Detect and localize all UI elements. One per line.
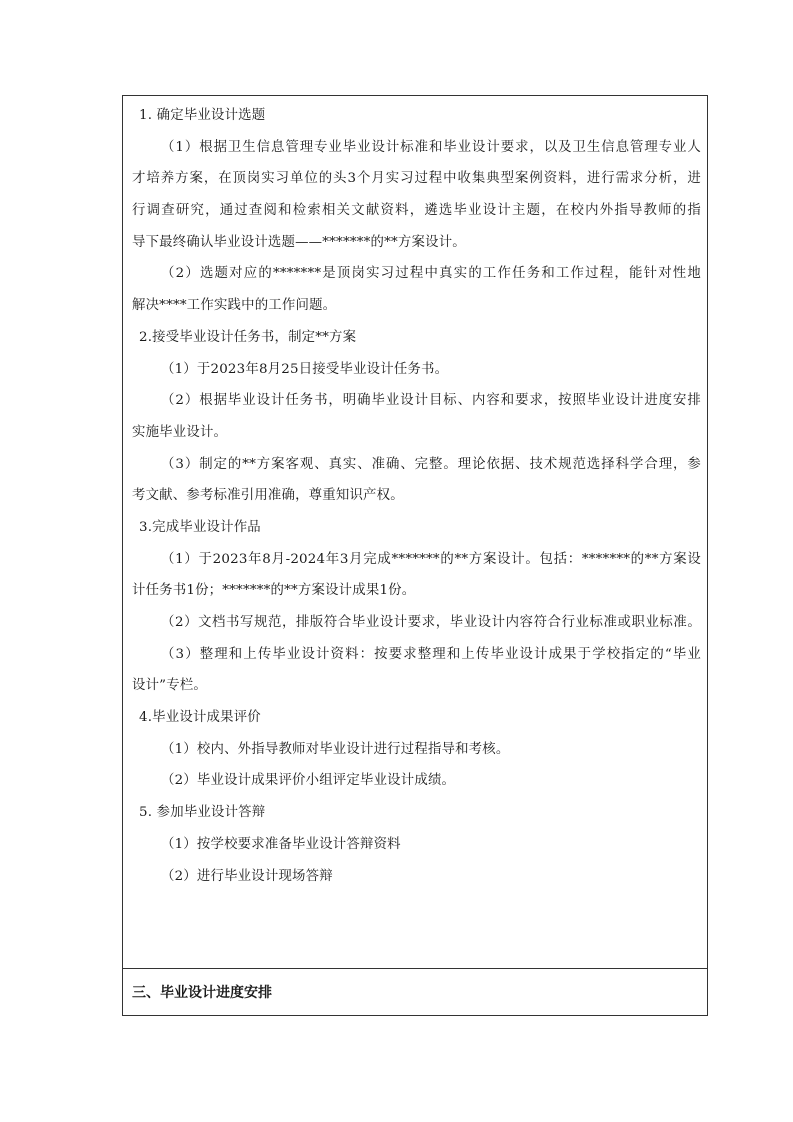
line-5: 导下最终确认毕业设计选题——*******的**方案设计。 — [123, 227, 707, 259]
line-14: 3.完成毕业设计作品 — [123, 512, 707, 544]
section-heading: 三、毕业设计进度安排 — [132, 982, 272, 1002]
line-11: 实施毕业设计。 — [123, 417, 707, 449]
line-20: 4.毕业设计成果评价 — [123, 702, 707, 734]
line-4: 行调查研究，通过查阅和检索相关文献资料，遴选毕业设计主题，在校内外指导教师的指 — [123, 195, 707, 227]
line-12: （3）制定的**方案客观、真实、准确、完整。理论依据、技术规范选择科学合理，参 — [123, 449, 707, 481]
line-21: （1）校内、外指导教师对毕业设计进行过程指导和考核。 — [123, 734, 707, 766]
line-17: （2）文档书写规范，排版符合毕业设计要求，毕业设计内容符合行业标准或职业标准。 — [123, 607, 707, 639]
line-15: （1）于2023年8月-2024年3月完成*******的**方案设计。包括：*… — [123, 544, 707, 576]
line-3: 才培养方案，在顶岗实习单位的头3个月实习过程中收集典型案例资料，进行需求分析，进 — [123, 163, 707, 195]
line-16: 计任务书1份；*******的**方案设计成果1份。 — [123, 575, 707, 607]
section-heading-cell: 三、毕业设计进度安排 — [123, 969, 707, 1015]
line-1: 1. 确定毕业设计选题 — [123, 100, 707, 132]
line-19: 设计”专栏。 — [123, 670, 707, 702]
line-8: 2.接受毕业设计任务书，制定**方案 — [123, 322, 707, 354]
line-7: 解决****工作实践中的工作问题。 — [123, 290, 707, 322]
line-9: （1）于2023年8月25日接受毕业设计任务书。 — [123, 354, 707, 386]
line-22: （2）毕业设计成果评价小组评定毕业设计成绩。 — [123, 765, 707, 797]
content-cell: 1. 确定毕业设计选题 （1）根据卫生信息管理专业毕业设计标准和毕业设计要求，以… — [123, 96, 707, 969]
line-18: （3）整理和上传毕业设计资料：按要求整理和上传毕业设计成果于学校指定的“毕业 — [123, 639, 707, 671]
line-23: 5. 参加毕业设计答辩 — [123, 797, 707, 829]
line-13: 考文献、参考标准引用准确，尊重知识产权。 — [123, 480, 707, 512]
line-10: （2）根据毕业设计任务书，明确毕业设计目标、内容和要求，按照毕业设计进度安排 — [123, 385, 707, 417]
document-table: 1. 确定毕业设计选题 （1）根据卫生信息管理专业毕业设计标准和毕业设计要求，以… — [122, 95, 708, 1016]
line-6: （2）选题对应的*******是顶岗实习过程中真实的工作任务和工作过程，能针对性… — [123, 258, 707, 290]
line-25: （2）进行毕业设计现场答辩 — [123, 861, 707, 893]
line-24: （1）按学校要求准备毕业设计答辩资料 — [123, 829, 707, 861]
line-2: （1）根据卫生信息管理专业毕业设计标准和毕业设计要求，以及卫生信息管理专业人 — [123, 132, 707, 164]
